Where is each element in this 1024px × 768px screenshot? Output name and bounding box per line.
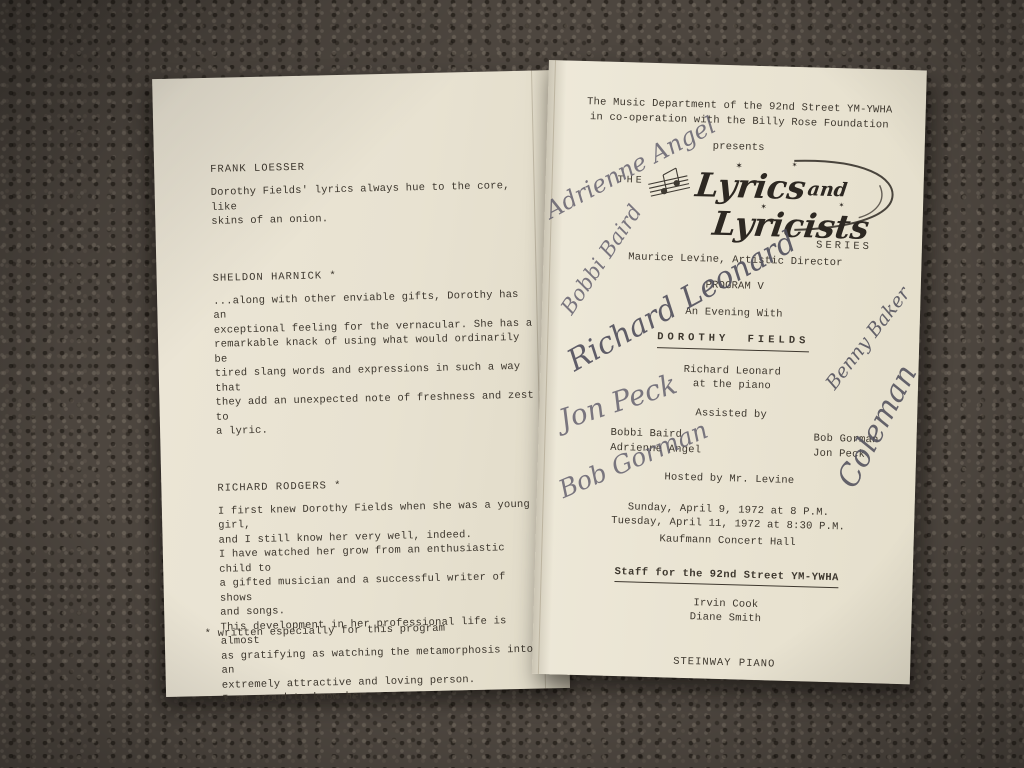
logo-word-and: and <box>806 178 848 201</box>
assistant-name: Adrienne Angel <box>610 440 701 457</box>
assistant-names: Bobbi Baird Adrienne Angel Bob Gorman Jo… <box>556 424 905 463</box>
assistant-name: Bob Gorman <box>813 432 878 448</box>
star-icon: ✶ <box>792 160 797 169</box>
testimonial-rodgers: RICHARD RODGERS * I first knew Dorothy F… <box>217 475 546 707</box>
program-number: PROGRAM V <box>561 274 909 298</box>
star-icon: ✶ <box>839 201 844 210</box>
star-icon: ✶ <box>761 201 767 211</box>
testimonial-author: SHELDON HARNICK * <box>213 265 537 284</box>
star-icon: ✶ <box>736 161 742 172</box>
an-evening-with: An Evening With <box>560 301 908 325</box>
host-line: Hosted by Mr. Levine <box>555 467 903 491</box>
lyrics-and-lyricists-logo: THE <box>562 154 912 256</box>
music-notes-icon <box>646 166 690 197</box>
logo-series-label: SERIES <box>816 239 872 255</box>
piano-credit: STEINWAY PIANO <box>550 651 898 675</box>
testimonial-loesser: FRANK LOESSER Dorothy Fields' lyrics alw… <box>210 157 535 230</box>
logo-the-label: THE <box>617 173 644 188</box>
staff-heading: Staff for the 92nd Street YM-YWHA <box>552 563 900 589</box>
assistants-right-column: Bob Gorman Jon Peck <box>813 432 879 463</box>
assisted-by-label: Assisted by <box>557 402 905 426</box>
testimonial-text: Dorothy Fields' lyrics always hue to the… <box>211 179 536 230</box>
testimonials: FRANK LOESSER Dorothy Fields' lyrics alw… <box>210 157 547 751</box>
featured-artist: DOROTHY FIELDS <box>559 327 907 354</box>
photo-of-signed-program: FRANK LOESSER Dorothy Fields' lyrics alw… <box>0 0 1024 768</box>
program-left-page: FRANK LOESSER Dorothy Fields' lyrics alw… <box>152 70 570 697</box>
program-title-page: The Music Department of the 92nd Street … <box>532 60 927 684</box>
featured-artist-name: DOROTHY FIELDS <box>657 330 810 352</box>
testimonial-text: I first knew Dorothy Fields when she was… <box>218 497 547 707</box>
logo-word-lyrics: Lyrics <box>692 165 808 207</box>
assistant-name: Jon Peck <box>813 446 878 462</box>
assistants-left-column: Bobbi Baird Adrienne Angel <box>610 426 702 458</box>
testimonial-harnick: SHELDON HARNICK * ...along with other en… <box>213 265 541 439</box>
testimonial-text: ...along with other enviable gifts, Doro… <box>213 287 540 439</box>
testimonial-author: RICHARD RODGERS * <box>217 475 541 494</box>
testimonial-author: FRANK LOESSER <box>210 157 534 176</box>
